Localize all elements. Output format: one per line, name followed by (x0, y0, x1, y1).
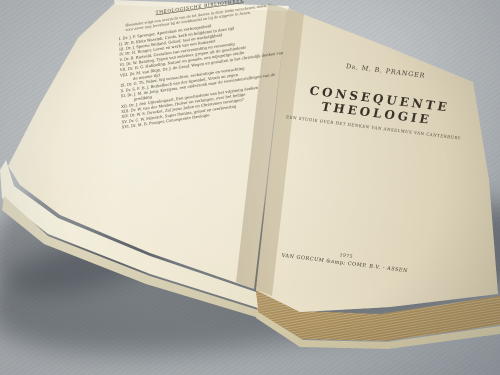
book-photo-scene: THEOLOGISCHE BIBLIOTHEEK Hieronder volgt… (0, 0, 500, 375)
series-list-page-content: THEOLOGISCHE BIBLIOTHEEK Hieronder volgt… (118, 0, 285, 130)
